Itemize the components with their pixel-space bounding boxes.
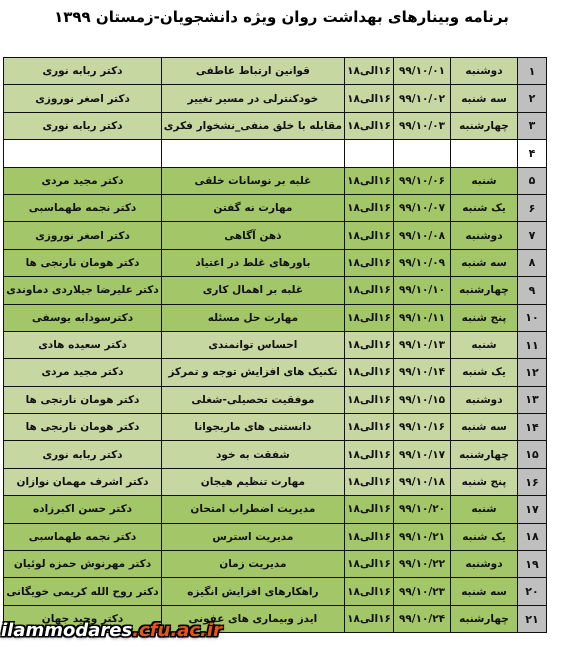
webinar-topic-cell: دانستنی های ماریجوانا xyxy=(161,414,344,441)
lecturer-cell: دکتر اصغر نوروزی xyxy=(4,222,162,249)
watermark-domain: .cfu.ac.ir xyxy=(132,620,222,641)
lecturer-cell: دکتر اصغر نوروزی xyxy=(4,85,162,112)
date-cell: ۹۹/۱۰/۱۸ xyxy=(394,468,451,495)
time-cell: ۱۶الی۱۸ xyxy=(345,523,394,550)
date-cell: ۹۹/۱۰/۱۷ xyxy=(394,441,451,468)
date-cell: ۹۹/۱۰/۱۴ xyxy=(394,359,451,386)
time-cell: ۱۶الی۱۸ xyxy=(345,277,394,304)
table-row: ۸ سه شنبه ۹۹/۱۰/۰۹ ۱۶الی۱۸ باورهای غلط د… xyxy=(4,249,547,276)
table-row: ۱۱ شنبه ۹۹/۱۰/۱۳ ۱۶الی۱۸ احساس توانمندی … xyxy=(4,331,547,358)
webinar-topic-cell xyxy=(161,140,344,167)
row-number-cell: ۱۸ xyxy=(518,523,547,550)
lecturer-cell: دکتر هومان نارنجی ها xyxy=(4,386,162,413)
date-cell: ۹۹/۱۰/۱۰ xyxy=(394,277,451,304)
time-cell: ۱۶الی۱۸ xyxy=(345,194,394,221)
table-row: ۱۲ یک شنبه ۹۹/۱۰/۱۴ ۱۶الی۱۸ تکنیک های اف… xyxy=(4,359,547,386)
lecturer-cell: دکتر مهرنوش حمزه لوئیان xyxy=(4,551,162,578)
row-number-cell: ۹ xyxy=(518,277,547,304)
webinar-schedule-table: ۱ دوشنبه ۹۹/۱۰/۰۱ ۱۶الی۱۸ قوانین ارتباط … xyxy=(3,57,547,633)
webinar-topic-cell: مدیریت زمان xyxy=(161,551,344,578)
table-row: ۱۸ یک شنبه ۹۹/۱۰/۲۱ ۱۶الی۱۸ مدیریت استرس… xyxy=(4,523,547,550)
watermark: ilammodares.cfu.ac.ir xyxy=(1,622,222,640)
time-cell: ۱۶الی۱۸ xyxy=(345,167,394,194)
date-cell: ۹۹/۱۰/۱۵ xyxy=(394,386,451,413)
time-cell: ۱۶الی۱۸ xyxy=(345,605,394,632)
date-cell: ۹۹/۱۰/۲۳ xyxy=(394,578,451,605)
date-cell: ۹۹/۱۰/۲۰ xyxy=(394,496,451,523)
weekday-cell: چهارشنبه xyxy=(451,277,518,304)
table-row: ۶ یک شنبه ۹۹/۱۰/۰۷ ۱۶الی۱۸ مهارت نه گفتن… xyxy=(4,194,547,221)
row-number-cell: ۱۶ xyxy=(518,468,547,495)
weekday-cell: سه شنبه xyxy=(451,85,518,112)
weekday-cell: سه شنبه xyxy=(451,249,518,276)
webinar-topic-cell: غلبه بر اهمال کاری xyxy=(161,277,344,304)
date-cell: ۹۹/۱۰/۱۶ xyxy=(394,414,451,441)
time-cell xyxy=(345,140,394,167)
lecturer-cell: دکتر هومان نارنجی ها xyxy=(4,414,162,441)
date-cell: ۹۹/۱۰/۰۳ xyxy=(394,112,451,139)
webinar-topic-cell: تکنیک های افزایش توجه و تمرکز xyxy=(161,359,344,386)
date-cell: ۹۹/۱۰/۱۳ xyxy=(394,331,451,358)
lecturer-cell xyxy=(4,140,162,167)
date-cell: ۹۹/۱۰/۰۸ xyxy=(394,222,451,249)
webinar-topic-cell: مهارت حل مسئله xyxy=(161,304,344,331)
webinar-topic-cell: باورهای غلط در اعتیاد xyxy=(161,249,344,276)
row-number-cell: ۷ xyxy=(518,222,547,249)
time-cell: ۱۶الی۱۸ xyxy=(345,414,394,441)
table-row: ۱ دوشنبه ۹۹/۱۰/۰۱ ۱۶الی۱۸ قوانین ارتباط … xyxy=(4,58,547,85)
weekday-cell: دوشنبه xyxy=(451,551,518,578)
row-number-cell: ۱۰ xyxy=(518,304,547,331)
lecturer-cell: دکتر حسن اکبرزاده xyxy=(4,496,162,523)
table-row: ۱۳ دوشنبه ۹۹/۱۰/۱۵ ۱۶الی۱۸ موفقیت تحصیلی… xyxy=(4,386,547,413)
lecturer-cell: دکتر هومان نارنجی ها xyxy=(4,249,162,276)
lecturer-cell: دکتر مجید مردی xyxy=(4,167,162,194)
table-row: ۴ xyxy=(4,140,547,167)
table-row: ۱۷ شنبه ۹۹/۱۰/۲۰ ۱۶الی۱۸ مدیریت اضطراب ا… xyxy=(4,496,547,523)
time-cell: ۱۶الی۱۸ xyxy=(345,359,394,386)
row-number-cell: ۸ xyxy=(518,249,547,276)
time-cell: ۱۶الی۱۸ xyxy=(345,496,394,523)
weekday-cell: چهارشنبه xyxy=(451,112,518,139)
lecturer-cell: دکتر مجید مردی xyxy=(4,359,162,386)
time-cell: ۱۶الی۱۸ xyxy=(345,331,394,358)
weekday-cell: پنج شنبه xyxy=(451,304,518,331)
date-cell: ۹۹/۱۰/۲۲ xyxy=(394,551,451,578)
row-number-cell: ۱۱ xyxy=(518,331,547,358)
table-row: ۱۰ پنج شنبه ۹۹/۱۰/۱۱ ۱۶الی۱۸ مهارت حل مس… xyxy=(4,304,547,331)
webinar-topic-cell: موفقیت تحصیلی-شغلی xyxy=(161,386,344,413)
row-number-cell: ۶ xyxy=(518,194,547,221)
webinar-topic-cell: مدیریت استرس xyxy=(161,523,344,550)
date-cell: ۹۹/۱۰/۰۹ xyxy=(394,249,451,276)
time-cell: ۱۶الی۱۸ xyxy=(345,112,394,139)
lecturer-cell: دکترسودابه یوسفی xyxy=(4,304,162,331)
lecturer-cell: دکتر علیرضا جیلاردی دماوندی xyxy=(4,277,162,304)
lecturer-cell: دکتر ربابه نوری xyxy=(4,58,162,85)
webinar-topic-cell: مقابله با خلق منفی_نشخوار فکری xyxy=(161,112,344,139)
page-title: برنامه وبینارهای بهداشت روان ویژه دانشجو… xyxy=(0,8,563,26)
table-row: ۲۰ سه شنبه ۹۹/۱۰/۲۳ ۱۶الی۱۸ راهکارهای اف… xyxy=(4,578,547,605)
row-number-cell: ۳ xyxy=(518,112,547,139)
table-row: ۲ سه شنبه ۹۹/۱۰/۰۲ ۱۶الی۱۸ خودکنترلی در … xyxy=(4,85,547,112)
time-cell: ۱۶الی۱۸ xyxy=(345,222,394,249)
row-number-cell: ۱۳ xyxy=(518,386,547,413)
lecturer-cell: دکتر ربابه نوری xyxy=(4,441,162,468)
webinar-topic-cell: قوانین ارتباط عاطفی xyxy=(161,58,344,85)
lecturer-cell: دکتر ربابه نوری xyxy=(4,112,162,139)
row-number-cell: ۱۴ xyxy=(518,414,547,441)
row-number-cell: ۱۲ xyxy=(518,359,547,386)
row-number-cell: ۱ xyxy=(518,58,547,85)
weekday-cell: یک شنبه xyxy=(451,359,518,386)
weekday-cell: چهارشنبه xyxy=(451,605,518,632)
webinar-topic-cell: ذهن آگاهی xyxy=(161,222,344,249)
weekday-cell xyxy=(451,140,518,167)
time-cell: ۱۶الی۱۸ xyxy=(345,386,394,413)
date-cell: ۹۹/۱۰/۰۷ xyxy=(394,194,451,221)
date-cell: ۹۹/۱۰/۲۴ xyxy=(394,605,451,632)
weekday-cell: یک شنبه xyxy=(451,194,518,221)
webinar-topic-cell: راهکارهای افزایش انگیزه xyxy=(161,578,344,605)
time-cell: ۱۶الی۱۸ xyxy=(345,249,394,276)
time-cell: ۱۶الی۱۸ xyxy=(345,441,394,468)
date-cell: ۹۹/۱۰/۰۲ xyxy=(394,85,451,112)
table-row: ۵ شنبه ۹۹/۱۰/۰۶ ۱۶الی۱۸ غلبه بر نوسانات … xyxy=(4,167,547,194)
table-row: ۷ دوشنبه ۹۹/۱۰/۰۸ ۱۶الی۱۸ ذهن آگاهی دکتر… xyxy=(4,222,547,249)
webinar-topic-cell: خودکنترلی در مسیر تغییر xyxy=(161,85,344,112)
date-cell: ۹۹/۱۰/۲۱ xyxy=(394,523,451,550)
weekday-cell: چهارشنبه xyxy=(451,441,518,468)
table-row: ۹ چهارشنبه ۹۹/۱۰/۱۰ ۱۶الی۱۸ غلبه بر اهما… xyxy=(4,277,547,304)
weekday-cell: سه شنبه xyxy=(451,414,518,441)
time-cell: ۱۶الی۱۸ xyxy=(345,304,394,331)
weekday-cell: سه شنبه xyxy=(451,578,518,605)
time-cell: ۱۶الی۱۸ xyxy=(345,578,394,605)
webinar-topic-cell: مهارت نه گفتن xyxy=(161,194,344,221)
row-number-cell: ۴ xyxy=(518,140,547,167)
table-row: ۱۶ پنج شنبه ۹۹/۱۰/۱۸ ۱۶الی۱۸ مهارت تنظیم… xyxy=(4,468,547,495)
time-cell: ۱۶الی۱۸ xyxy=(345,468,394,495)
webinar-topic-cell: غلبه بر نوسانات خلقی xyxy=(161,167,344,194)
date-cell: ۹۹/۱۰/۰۶ xyxy=(394,167,451,194)
lecturer-cell: دکتر روح الله کریمی خویگانی xyxy=(4,578,162,605)
date-cell: ۹۹/۱۰/۰۱ xyxy=(394,58,451,85)
lecturer-cell: دکتر سعیده هادی xyxy=(4,331,162,358)
table-row: ۱۵ چهارشنبه ۹۹/۱۰/۱۷ ۱۶الی۱۸ شفقت به خود… xyxy=(4,441,547,468)
weekday-cell: دوشنبه xyxy=(451,222,518,249)
table-row: ۳ چهارشنبه ۹۹/۱۰/۰۳ ۱۶الی۱۸ مقابله با خل… xyxy=(4,112,547,139)
webinar-topic-cell: احساس توانمندی xyxy=(161,331,344,358)
row-number-cell: ۵ xyxy=(518,167,547,194)
date-cell xyxy=(394,140,451,167)
row-number-cell: ۲ xyxy=(518,85,547,112)
weekday-cell: دوشنبه xyxy=(451,58,518,85)
weekday-cell: پنج شنبه xyxy=(451,468,518,495)
time-cell: ۱۶الی۱۸ xyxy=(345,58,394,85)
date-cell: ۹۹/۱۰/۱۱ xyxy=(394,304,451,331)
row-number-cell: ۱۹ xyxy=(518,551,547,578)
weekday-cell: شنبه xyxy=(451,331,518,358)
row-number-cell: ۱۷ xyxy=(518,496,547,523)
row-number-cell: ۱۵ xyxy=(518,441,547,468)
weekday-cell: شنبه xyxy=(451,496,518,523)
time-cell: ۱۶الی۱۸ xyxy=(345,85,394,112)
weekday-cell: دوشنبه xyxy=(451,386,518,413)
table-row: ۱۴ سه شنبه ۹۹/۱۰/۱۶ ۱۶الی۱۸ دانستنی های … xyxy=(4,414,547,441)
weekday-cell: یک شنبه xyxy=(451,523,518,550)
lecturer-cell: دکتر نجمه طهماسبی xyxy=(4,194,162,221)
table-row: ۱۹ دوشنبه ۹۹/۱۰/۲۲ ۱۶الی۱۸ مدیریت زمان د… xyxy=(4,551,547,578)
watermark-site-name: ilammodares xyxy=(1,620,132,641)
weekday-cell: شنبه xyxy=(451,167,518,194)
webinar-topic-cell: مهارت تنظیم هیجان xyxy=(161,468,344,495)
webinar-topic-cell: شفقت به خود xyxy=(161,441,344,468)
lecturer-cell: دکتر اشرف مهمان نوازان xyxy=(4,468,162,495)
lecturer-cell: دکتر نجمه طهماسبی xyxy=(4,523,162,550)
row-number-cell: ۲۱ xyxy=(518,605,547,632)
time-cell: ۱۶الی۱۸ xyxy=(345,551,394,578)
webinar-topic-cell: مدیریت اضطراب امتحان xyxy=(161,496,344,523)
row-number-cell: ۲۰ xyxy=(518,578,547,605)
